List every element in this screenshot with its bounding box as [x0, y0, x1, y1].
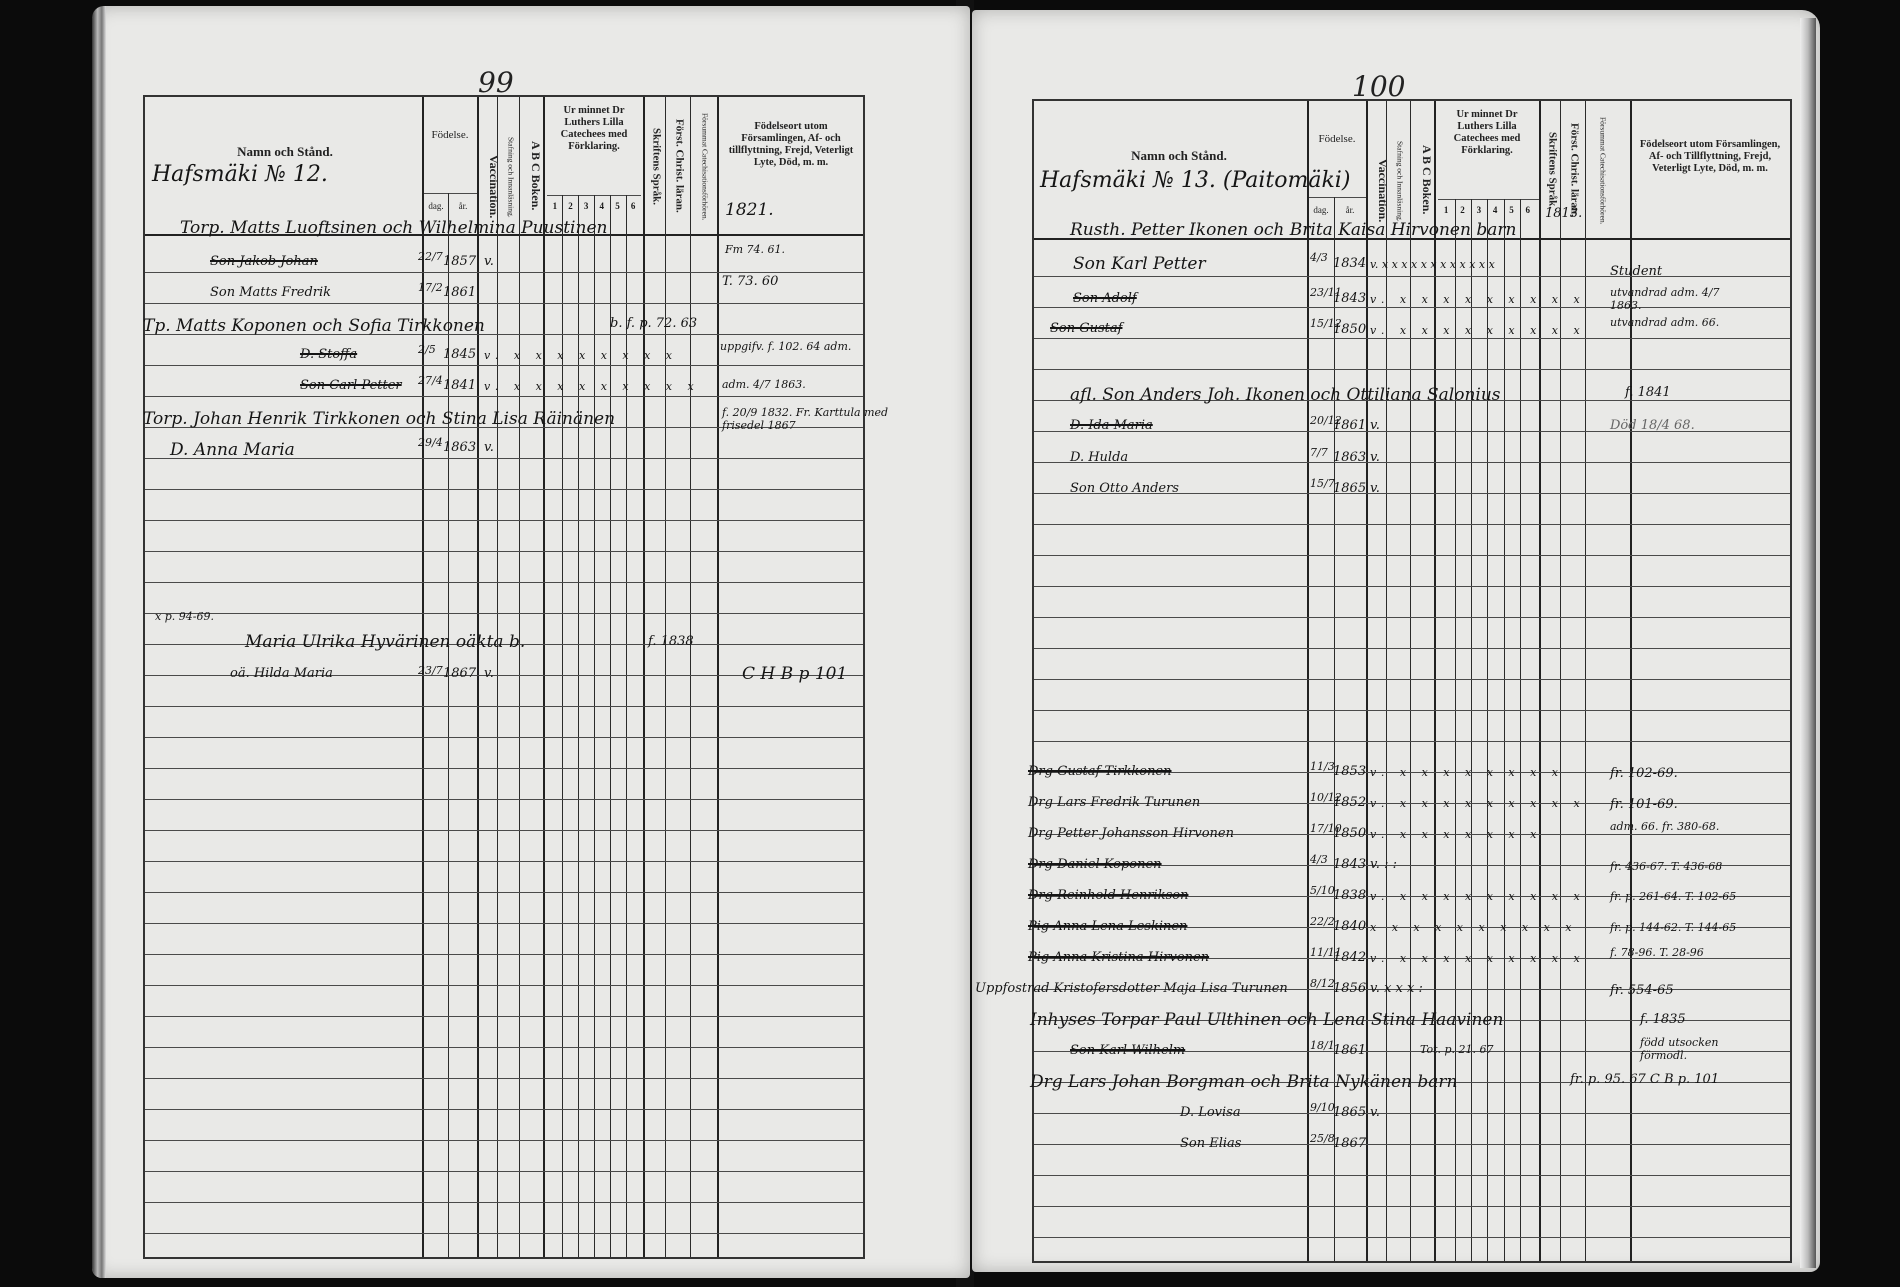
right-entry-marks: v. x x x x x x x x x [1370, 324, 1586, 337]
right-lower-entry-name: Uppfostrad Kristofersdotter Maja Lisa Tu… [975, 981, 1288, 996]
right-lower-entry-remarks: fr. 436-67. T. 436-68 [1610, 860, 1722, 873]
left-entry-marks: v. [484, 440, 494, 455]
right-lower-entry-name: Son Karl Wilhelm [1070, 1043, 1185, 1058]
left-entry-remarks: adm. 4/7 1863. [722, 378, 806, 391]
row-line [1034, 710, 1790, 711]
left-entry-name: Son Matts Fredrik [210, 285, 331, 300]
col-line [643, 97, 645, 1257]
right-header-birth-year: år. [1336, 205, 1364, 215]
right-lower-entry-day: 18/1 [1310, 1039, 1335, 1052]
left-entry-remarks: 1821. [725, 200, 774, 220]
left-entry-name: D. Stoffa [300, 347, 357, 362]
right-header-neglected: Försummat Catechisationsförhören. [1598, 111, 1607, 231]
catechism-subheader-line [1438, 199, 1540, 200]
col-line [1455, 199, 1456, 1261]
row-line [145, 768, 863, 769]
right-lower-entry-year: 1838 [1333, 888, 1366, 903]
right-lower-entry-name: D. Lovisa [1180, 1105, 1241, 1120]
row-line [145, 613, 863, 614]
right-entry-marks: v. [1370, 481, 1380, 496]
left-entry-remarks: uppgifv. f. 102. 64 adm. [720, 340, 851, 353]
row-line [145, 830, 863, 831]
left-entry-remarks: f. 20/9 1832. Fr. Karttula med frisedel … [722, 406, 892, 432]
right-entry-remarks: Student [1610, 264, 1662, 279]
birth-subheader-line [1309, 197, 1366, 198]
right-lower-entry-marks: v. x x x x x x x [1370, 828, 1542, 841]
row-line [1034, 741, 1790, 742]
row-line [145, 551, 863, 552]
left-header-neglected: Försummat Catechisationsförhören. [700, 107, 709, 227]
left-entry-name: Son Jakob Johan [210, 254, 318, 269]
col-line [665, 97, 666, 1257]
right-lower-entry-day: 25/8 [1310, 1132, 1335, 1145]
row-line [145, 520, 863, 521]
left-header-birth-year: år. [450, 201, 476, 211]
row-line [1034, 338, 1790, 339]
row-line [145, 396, 863, 397]
right-lower-entry-day: 9/10 [1310, 1101, 1335, 1114]
left-entry-day: 17/2 [418, 281, 443, 294]
right-lower-entry-remarks: född utsocken förmodl. [1640, 1036, 1750, 1062]
right-lower-entry-year: 1852 [1333, 795, 1366, 810]
left-entry-year: 1863 [443, 440, 476, 455]
row-line [145, 1016, 863, 1017]
left-header-name: Namn och Stånd. [185, 145, 385, 160]
right-lower-entry-day: 11/3 [1310, 760, 1335, 773]
left-lower-entry-remarks: f. 1838 [648, 634, 694, 649]
left-entry-remarks: b. f. p. 72. 63 [610, 316, 697, 331]
left-household-title: Hafsmäki № 12. [152, 162, 328, 187]
col-line [1520, 199, 1521, 1261]
row-line [145, 985, 863, 986]
right-lower-entry-marks: v. [1370, 1105, 1380, 1120]
row-line [1034, 276, 1790, 277]
left-lower-entry-year: 1867 [443, 666, 476, 681]
left-entry-remarks: Fm 74. 61. [725, 243, 785, 256]
right-lower-entry-remarks: fr. p. 144-62. T. 144-65 [1610, 921, 1736, 934]
row-line [145, 1140, 863, 1141]
right-entry-day: 4/3 [1310, 251, 1328, 264]
col-line [543, 97, 545, 1257]
col-line [1560, 101, 1561, 1261]
left-page-edge [92, 6, 106, 1278]
left-header-abc: A B C Boken. [528, 121, 542, 231]
right-header-name: Namn och Stånd. [1064, 149, 1294, 164]
row-line [145, 954, 863, 955]
right-entry-day: 7/7 [1310, 446, 1328, 459]
right-entry-remarks: utvandrad adm. 4/7 1863. [1610, 286, 1730, 312]
right-entry-remarks: f. 1841 [1625, 385, 1671, 400]
right-lower-entry-year: 1842 [1333, 950, 1366, 965]
row-line [145, 892, 863, 893]
row-line [145, 365, 863, 366]
left-entry-name: Torp. Matts Luoftsinen och Wilhelmina Pu… [180, 218, 607, 238]
right-lower-entry-year: 1843 [1333, 857, 1366, 872]
left-header-catechism: Ur minnet Dr Luthers Lilla Catechees med… [547, 105, 641, 153]
right-entry-remarks: Död 18/4 68. [1610, 418, 1695, 433]
right-entry-year: 1834 [1333, 256, 1366, 271]
right-entry-name: Son Gustaf [1050, 321, 1122, 336]
row-line [145, 1078, 863, 1079]
row-line [145, 1171, 863, 1172]
row-line [145, 706, 863, 707]
right-entry-name: Rusth. Petter Ikonen och Brita Kaisa Hir… [1070, 220, 1516, 240]
right-entry-name: D. Ida Maria [1070, 418, 1153, 433]
right-lower-entry-year: 1856 [1333, 981, 1366, 996]
right-lower-entry-name: Son Elias [1180, 1136, 1241, 1151]
right-entry-name: Son Adolf [1073, 291, 1137, 306]
right-lower-entry-name: Pig Anna Lena Leskinen [1028, 919, 1187, 934]
right-lower-entry-day: 22/2 [1310, 915, 1335, 928]
left-entry-year: 1841 [443, 378, 476, 393]
right-lower-entry-name: Drg Gustaf Tirkkonen [1028, 764, 1172, 779]
row-line [145, 1109, 863, 1110]
row-line [1034, 648, 1790, 649]
row-line [1034, 1113, 1790, 1114]
right-page-edge [1800, 18, 1816, 1268]
right-lower-entry-year: 1867 [1333, 1136, 1366, 1151]
left-lower-note: x p. 94-69. [155, 610, 214, 623]
row-line [1034, 369, 1790, 370]
left-entry-day: 2/5 [418, 343, 436, 356]
right-lower-entry-name: Drg Daniel Koponen [1028, 857, 1162, 872]
right-entry-name: Son Otto Anders [1070, 481, 1179, 496]
right-lower-entry-year: 1853 [1333, 764, 1366, 779]
row-line [1034, 617, 1790, 618]
row-line [145, 1202, 863, 1203]
right-lower-entry-name: Drg Reinhold Henrikson [1028, 888, 1188, 903]
right-entry-marks: v. x x x x x x x x x x x x [1370, 258, 1495, 271]
col-line [1504, 199, 1505, 1261]
right-entry-remarks: utvandrad adm. 66. [1610, 316, 1730, 329]
col-line [1539, 101, 1541, 1261]
birth-subheader-line [424, 193, 477, 194]
right-lower-entry-name: Pig Anna Kristina Hirvonen [1028, 950, 1209, 965]
right-lower-entry-remarks: adm. 66. fr. 380-68. [1610, 820, 1730, 833]
col-line [1487, 199, 1488, 1261]
row-line [1034, 555, 1790, 556]
right-header-abc: A B C Boken. [1419, 125, 1433, 235]
right-header-birth-day: dag. [1309, 205, 1333, 215]
right-entry-year: 1850 [1333, 322, 1366, 337]
right-lower-entry-year: 1850 [1333, 826, 1366, 841]
row-line [145, 489, 863, 490]
right-entry-day: 15/7 [1310, 477, 1335, 490]
left-lower-entry-name: Maria Ulrika Hyvärinen oäkta b. [245, 632, 525, 652]
right-entry-year: 1863 [1333, 450, 1366, 465]
row-line [1034, 586, 1790, 587]
right-header-remarks: Födelseort utom Församlingen, Af- och Ti… [1634, 139, 1786, 175]
col-line [717, 97, 719, 1257]
right-lower-entry-year: 1840 [1333, 919, 1366, 934]
right-lower-entry-day: 5/10 [1310, 884, 1335, 897]
row-line [1034, 524, 1790, 525]
row-line [1034, 1206, 1790, 1207]
left-lower-entry-name: oä. Hilda Maria [230, 666, 333, 681]
right-lower-entry-marks: v. x x x : [1370, 981, 1423, 996]
left-entry-name: Tp. Matts Koponen och Sofia Tirkkonen [143, 316, 485, 336]
col-line [422, 97, 424, 1257]
col-line [477, 97, 479, 1257]
row-line [145, 861, 863, 862]
right-lower-entry-marks: x x x x x x x x x x [1370, 921, 1578, 934]
right-lower-entry-name: Drg Petter Johansson Hirvonen [1028, 826, 1234, 841]
col-line [690, 97, 691, 1257]
right-lower-entry-name: Drg Lars Johan Borgman och Brita Nykänen… [1030, 1072, 1457, 1092]
right-entry-marks: v. [1370, 450, 1380, 465]
row-line [1034, 462, 1790, 463]
left-entry-day: 27/4 [418, 374, 443, 387]
right-entry-name: afl. Son Anders Joh. Ikonen och Ottilian… [1070, 385, 1501, 405]
right-lower-entry-day: 4/3 [1310, 853, 1328, 866]
right-header-catechism: Ur minnet Dr Luthers Lilla Catechees med… [1438, 109, 1536, 157]
row-line [145, 799, 863, 800]
col-line [497, 97, 498, 1257]
left-lower-entry-remarks: C H B p 101 [742, 664, 847, 684]
left-entry-name: Son Carl Petter [300, 378, 402, 393]
left-entry-marks: v. [484, 254, 494, 269]
right-header-reading: Stafning och Innanläsning. [1395, 131, 1404, 231]
right-entry-year: 1865 [1333, 481, 1366, 496]
row-line [145, 1047, 863, 1048]
left-header-scripture: Skriftens Språk. [650, 107, 663, 227]
row-line [1034, 1237, 1790, 1238]
left-entry-marks: v. x x x x x x x x [484, 349, 678, 362]
left-entry-marks: v. x x x x x x x x x [484, 380, 700, 393]
row-line [145, 272, 863, 273]
left-entry-day: 29/4 [418, 436, 443, 449]
col-line [1471, 199, 1472, 1261]
right-lower-entry-marks: v. : : [1370, 857, 1397, 872]
right-lower-entry-remarks: fr. 101-69. [1610, 797, 1678, 812]
left-entry-day: 22/7 [418, 250, 443, 263]
left-header-remarks: Födelseort utom Församlingen, Af- och ti… [721, 121, 861, 169]
right-household-title: Hafsmäki № 13. (Paitomäki) [1040, 168, 1350, 193]
left-entry-year: 1861 [443, 285, 476, 300]
row-line [145, 303, 863, 304]
right-entry-marks: v. x x x x x x x x x [1370, 293, 1586, 306]
right-lower-entry-remarks: f. 1835 [1640, 1012, 1686, 1027]
col-line [1585, 101, 1586, 1261]
right-entry-name: Son Karl Petter [1073, 254, 1206, 274]
right-entry-remarks: 1813. [1545, 206, 1582, 221]
right-lower-entry-marks: v. x x x x x x x x x [1370, 797, 1586, 810]
left-header-birth: Födelse. [424, 129, 476, 142]
right-lower-entry-remarks: fr. p. 95. 67 C B p. 101 [1570, 1072, 1719, 1087]
left-header-birth-day: dag. [424, 201, 448, 211]
row-line [145, 582, 863, 583]
right-lower-entry-remarks: f. 78-96. T. 28-96 [1610, 946, 1730, 959]
row-line [1034, 1175, 1790, 1176]
left-entry-name: D. Anna Maria [170, 440, 295, 460]
right-entry-name: D. Hulda [1070, 450, 1128, 465]
right-lower-entry-marks: v. x x x x x x x x x [1370, 890, 1586, 903]
right-lower-entry-year: 1865 [1333, 1105, 1366, 1120]
row-line [145, 737, 863, 738]
right-lower-entry-name: Drg Lars Fredrik Turunen [1028, 795, 1200, 810]
row-line [1034, 679, 1790, 680]
right-entry-year: 1843 [1333, 291, 1366, 306]
left-entry-year: 1845 [443, 347, 476, 362]
right-lower-entry-marks: v. x x x x x x x x [1370, 766, 1564, 779]
row-line [1034, 1144, 1790, 1145]
right-lower-entry-name: Inhyses Torpar Paul Ulthinen och Lena St… [1030, 1010, 1503, 1030]
right-header-birth: Födelse. [1309, 133, 1365, 146]
row-line [145, 1233, 863, 1234]
right-entry-marks: v. [1370, 418, 1380, 433]
left-header-reading: Stafning och Innanläsning. [506, 127, 515, 227]
row-line [145, 923, 863, 924]
left-entry-remarks: T. 73. 60 [722, 274, 778, 289]
right-lower-entry-remarks: fr. p. 261-64. T. 102-65 [1610, 890, 1736, 903]
right-lower-entry-marks: Tot. p. 21. 67 [1420, 1043, 1494, 1056]
left-lower-entry-day: 23/7 [418, 664, 443, 677]
right-lower-entry-year: 1861 [1333, 1043, 1366, 1058]
left-header-christian: Först. Christ. läran. [673, 103, 686, 228]
col-line [519, 97, 520, 1257]
right-lower-entry-remarks: fr. 554-65 [1610, 983, 1674, 998]
left-entry-year: 1857 [443, 254, 476, 269]
right-lower-entry-marks: v. x x x x x x x x x [1370, 952, 1586, 965]
right-lower-entry-day: 8/12 [1310, 977, 1335, 990]
right-lower-entry-remarks: fr. 102-69. [1610, 766, 1678, 781]
left-lower-entry-marks: v. [484, 666, 494, 681]
right-entry-year: 1861 [1333, 418, 1366, 433]
left-entry-name: Torp. Johan Henrik Tirkkonen och Stina L… [143, 409, 615, 429]
